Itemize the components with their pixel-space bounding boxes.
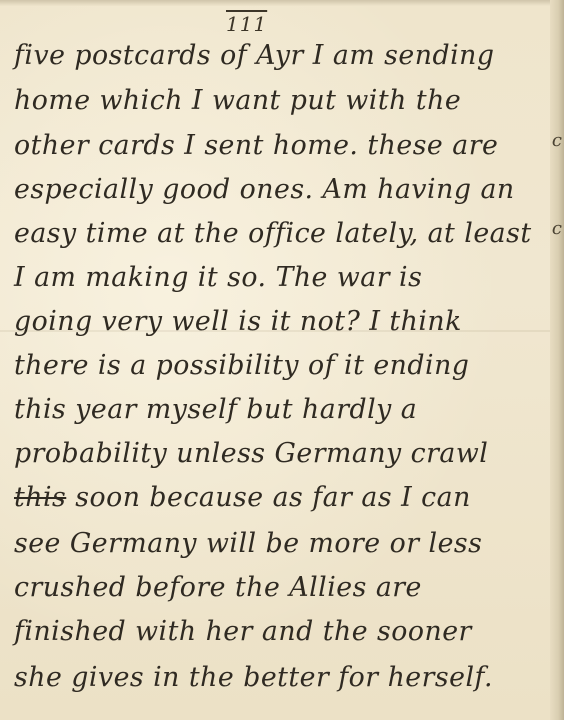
letter-line: easy time at the office lately, at least — [14, 218, 549, 249]
margin-mark: c — [552, 218, 562, 239]
page-number: 111 — [226, 12, 267, 36]
letter-page: 111 five postcards of Ayr I am sending h… — [0, 0, 564, 720]
letter-line: see Germany will be more or less — [14, 528, 549, 559]
letter-line: there is a possibility of it ending — [14, 350, 549, 381]
letter-line: crushed before the Allies are — [14, 572, 549, 603]
letter-line: especially good ones. Am having an — [14, 174, 549, 205]
letter-line-text: soon because as far as I can — [75, 482, 471, 513]
letter-line: other cards I sent home. these are — [14, 130, 549, 161]
paper-top-edge — [0, 0, 564, 6]
letter-line-with-strikethrough: this soon because as far as I can — [14, 482, 549, 513]
letter-line: probability unless Germany crawl — [14, 438, 549, 469]
letter-line: she gives in the better for herself. — [14, 662, 549, 693]
letter-line: home which I want put with the — [14, 85, 549, 116]
paper-right-edge — [550, 0, 564, 720]
letter-line: five postcards of Ayr I am sending — [14, 40, 549, 71]
letter-line: finished with her and the sooner — [14, 616, 549, 647]
margin-mark: c — [552, 130, 562, 151]
struck-word: this — [14, 482, 66, 513]
letter-line: this year myself but hardly a — [14, 394, 549, 425]
letter-line: I am making it so. The war is — [14, 262, 549, 293]
letter-line: going very well is it not? I think — [14, 306, 549, 337]
